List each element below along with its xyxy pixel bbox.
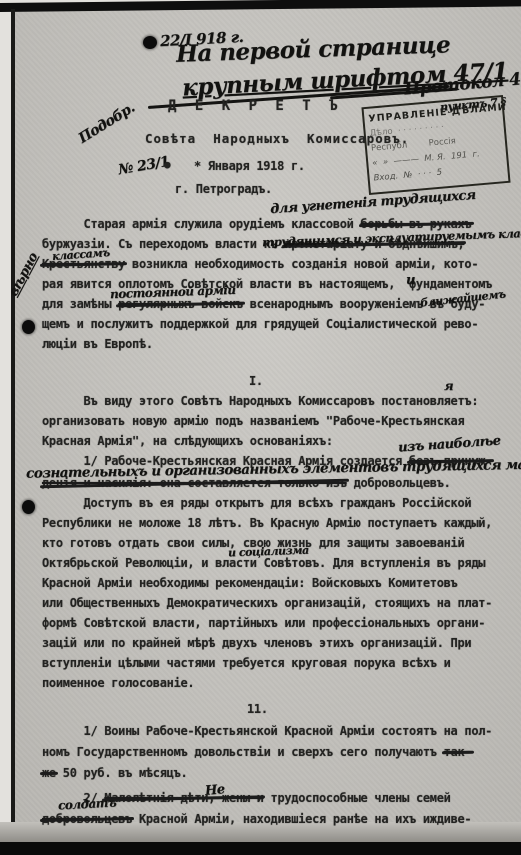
typed-line: номъ Государственномъ довольствіи и свер… [42,742,492,763]
punch-hole [22,500,35,514]
typed-text: или Общественныхъ Демократическихъ орган… [42,596,492,610]
typed-text: вступленіи цѣлыми частями требуется круг… [42,656,451,670]
typed-text: добровольцевъ. [347,476,451,490]
typed-text: Красной Арміи, находившіеся ранѣе на ихъ… [132,812,471,826]
struck-text: так- [444,745,472,759]
date-mark: ● [164,155,170,175]
document-subtitle: Совѣта Народныхъ Комиссаровъ. [145,129,409,149]
struck-text: же [42,766,56,780]
typed-text: Республики не моложе 18 лѣтъ. Въ Красную… [42,516,492,530]
typed-line: вступленіи цѣлыми частями требуется круг… [42,653,492,673]
typed-line: 1/ Воины Рабоче-Крестьянской Красной Арм… [42,721,492,742]
typed-text: люціи въ Европѣ. [42,337,153,351]
handwritten-insert-i: и [406,273,415,288]
handwritten-insert-ya: я [444,379,453,393]
typed-text: щемъ и послужитъ поддержкой для грядущей… [42,317,478,331]
typed-line: поименное голосованіе. [42,673,492,693]
typed-line: Республики не моложе 18 лѣтъ. Въ Красную… [42,513,492,533]
typed-line: Доступъ въ ея ряды открытъ для всѣхъ гра… [42,493,492,513]
struck-text: добровольцевъ [42,812,132,826]
document-title: Д Е К Р Е Т Ъ [168,96,343,116]
typed-text: возникла необходимость созданія новой ар… [125,257,478,271]
typed-text: Въ виду этого Совѣтъ Народныхъ Комиссаро… [42,394,478,408]
typed-text: Старая армія служила орудіемъ классовой [42,217,361,231]
paragraph-section2-point-1: 1/ Воины Рабоче-Крестьянской Красной Арм… [42,721,492,784]
typed-line: организовать новую армію подъ названіемъ… [42,411,478,431]
scanned-document-page: 22/I 918 г. На первой странице крупным ш… [0,0,521,855]
typed-text: формѣ Совѣтской власти, партійныхъ или п… [42,616,485,630]
section-heading-2: 11. [247,699,268,719]
typed-line: Красной Арміи необходимы рекомендаціи: В… [42,573,492,593]
typed-line: же 50 руб. въ мѣсяцъ. [42,763,492,784]
paragraph-admission: Доступъ въ ея ряды открытъ для всѣхъ гра… [42,493,492,693]
handwritten-insert-ne: Не [204,782,225,799]
document-place: г. Петроградъ. [175,179,272,199]
typed-line: щемъ и послужитъ поддержкой для грядущей… [42,314,492,334]
typed-text: 50 руб. въ мѣсяцъ. [56,766,188,780]
typed-line: Въ виду этого Совѣтъ Народныхъ Комиссаро… [42,391,478,411]
punch-hole [22,320,35,334]
typed-text: Красной Арміи необходимы рекомендаціи: В… [42,576,457,590]
section-heading-1: I. [249,371,263,391]
typed-text: Красная Армія", на слѣдующихъ основаніях… [42,434,333,448]
typed-line: добровольцевъ Красной Арміи, находившіес… [42,809,471,830]
typed-text: 1/ Воины Рабоче-Крестьянской Красной Арм… [42,724,492,738]
typed-text: поименное голосованіе. [42,676,194,690]
typed-line: люціи въ Европѣ. [42,334,492,354]
typed-line: формѣ Совѣтской власти, партійныхъ или п… [42,613,492,633]
ink-dot [143,36,157,49]
typed-text: Доступъ въ ея ряды открытъ для всѣхъ гра… [42,496,471,510]
struck-text: Малолѣтнія дѣти, жены и [104,791,263,805]
typed-text: организовать новую армію подъ названіемъ… [42,414,464,428]
typed-text: номъ Государственномъ довольствіи и свер… [42,745,444,759]
document-date: * Января 1918 г. [194,156,305,176]
scan-border-bottom [0,842,521,855]
typed-line: или Общественныхъ Демократическихъ орган… [42,593,492,613]
typed-text: зацій или по крайней мѣрѣ двухъ членовъ … [42,636,471,650]
typed-text: трудоспособные члены семей [264,791,451,805]
scan-border-left [11,9,15,827]
typed-text: для замѣны [42,297,118,311]
typed-line: зацій или по крайней мѣрѣ двухъ членовъ … [42,633,492,653]
